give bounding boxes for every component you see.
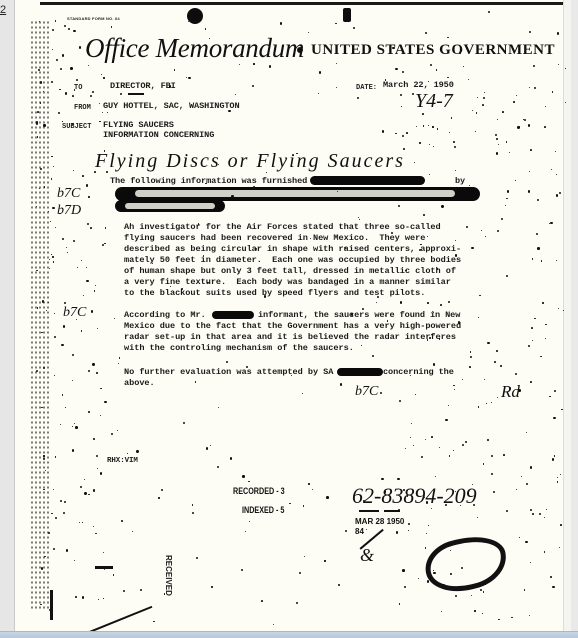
- scan-speck: [532, 258, 534, 260]
- scan-speck: [511, 617, 512, 618]
- scan-speck: [525, 541, 528, 544]
- ink-dot: [187, 8, 203, 24]
- scan-speck: [516, 95, 517, 96]
- scan-speck: [398, 205, 400, 207]
- scan-speck: [76, 79, 78, 81]
- to-underline: [128, 93, 144, 95]
- scan-speck: [164, 593, 165, 594]
- scan-speck: [429, 144, 430, 145]
- scan-speck: [304, 556, 305, 557]
- scan-speck: [73, 170, 74, 171]
- scan-speck: [60, 500, 62, 502]
- scan-speck: [483, 463, 485, 465]
- scan-speck: [532, 340, 534, 342]
- scan-speck: [483, 97, 485, 99]
- scan-speck: [405, 270, 407, 272]
- scan-speck: [488, 11, 490, 13]
- scan-noise-margin: [30, 20, 50, 610]
- scan-speck: [361, 345, 362, 346]
- scan-speck: [448, 405, 449, 406]
- top-rule: [40, 2, 571, 5]
- scan-speck: [401, 106, 402, 107]
- scan-speck: [498, 144, 499, 145]
- scan-speck: [515, 180, 516, 181]
- scan-speck: [81, 260, 82, 261]
- scan-speck: [503, 454, 505, 456]
- intro-by: by: [455, 176, 465, 186]
- scan-speck: [472, 484, 473, 485]
- scan-speck: [475, 131, 476, 132]
- scan-speck: [433, 146, 435, 148]
- scan-speck: [381, 478, 384, 481]
- subject-line-1: FLYING SAUCERS: [103, 120, 174, 130]
- scan-speck: [418, 578, 419, 579]
- scan-speck: [542, 302, 543, 303]
- scan-speck: [97, 468, 98, 469]
- scan-speck: [90, 227, 92, 229]
- scan-speck: [51, 513, 53, 515]
- scan-speck: [565, 68, 566, 69]
- scan-speck: [462, 379, 463, 380]
- scan-speck: [437, 268, 438, 269]
- scan-speck: [192, 512, 194, 514]
- scan-speck: [303, 505, 305, 507]
- scan-speck: [52, 256, 53, 257]
- scan-speck: [441, 205, 443, 207]
- scan-speck: [282, 236, 283, 237]
- scan-speck: [557, 481, 558, 482]
- scan-speck: [96, 372, 98, 374]
- scan-speck: [335, 23, 337, 25]
- scan-speck: [455, 240, 456, 241]
- scan-speck: [465, 441, 467, 443]
- handwritten-mark: &: [360, 545, 374, 566]
- scan-speck: [93, 489, 95, 491]
- scan-speck: [453, 141, 455, 143]
- scan-speck: [509, 387, 511, 389]
- handwritten-heading: Flying Discs or Flying Saucers: [95, 150, 405, 173]
- scan-speck: [63, 325, 66, 328]
- scan-speck: [75, 426, 78, 429]
- scan-speck: [425, 547, 426, 548]
- scan-speck: [55, 20, 57, 22]
- scan-speck: [206, 447, 208, 449]
- scan-speck: [466, 226, 468, 228]
- scan-speck: [528, 190, 530, 192]
- scan-speck: [64, 25, 66, 27]
- paragraph-1-line: flying saucers had been recovered in New…: [124, 233, 425, 243]
- scan-speck: [559, 192, 561, 194]
- scan-speck: [431, 436, 433, 438]
- scan-speck: [72, 354, 74, 356]
- scan-speck: [420, 244, 421, 245]
- scan-speck: [351, 313, 353, 315]
- scan-speck: [280, 22, 282, 24]
- scan-speck: [60, 68, 62, 70]
- paragraph-2-line: According to Mr.: [124, 310, 206, 320]
- scan-speck: [433, 363, 435, 365]
- scan-speck: [485, 236, 486, 237]
- scan-speck: [413, 445, 414, 446]
- scan-speck: [521, 476, 522, 477]
- scan-speck: [64, 302, 66, 304]
- scan-speck: [195, 381, 197, 383]
- paragraph-1-line: a very fine texture. Each body was banda…: [124, 277, 451, 287]
- scan-speck: [472, 110, 473, 111]
- scan-speck: [66, 549, 68, 551]
- scan-speck: [399, 603, 401, 605]
- scan-speck: [545, 106, 546, 107]
- scan-speck: [86, 267, 87, 268]
- scan-speck: [476, 112, 478, 114]
- scan-speck: [95, 533, 96, 534]
- scan-speck: [423, 214, 425, 216]
- scan-speck: [455, 595, 457, 597]
- scan-speck: [299, 572, 301, 574]
- scan-speck: [52, 49, 53, 50]
- scan-speck: [554, 390, 556, 392]
- scan-speck: [477, 97, 478, 98]
- scan-speck: [509, 152, 510, 153]
- scan-speck: [43, 91, 44, 92]
- scan-speck: [111, 26, 112, 27]
- scan-speck: [65, 407, 66, 408]
- scan-speck: [228, 110, 231, 113]
- scan-speck: [497, 397, 498, 398]
- scan-speck: [524, 589, 526, 591]
- scan-speck: [49, 609, 51, 611]
- scan-speck: [96, 455, 98, 457]
- scan-speck: [483, 591, 484, 592]
- scan-speck: [296, 602, 298, 604]
- scan-speck: [558, 64, 559, 65]
- scan-speck: [482, 104, 484, 106]
- scan-speck: [506, 141, 507, 142]
- scan-speck: [103, 77, 104, 78]
- margin-code: b7C: [355, 384, 378, 400]
- scan-speck: [493, 491, 495, 493]
- scan-speck: [99, 103, 101, 105]
- scan-speck: [37, 111, 39, 113]
- scan-speck: [231, 195, 234, 198]
- date-label: DATE:: [356, 84, 377, 92]
- scan-speck: [462, 444, 464, 446]
- scan-speck: [473, 504, 475, 506]
- scan-speck: [416, 126, 417, 127]
- scan-speck: [426, 501, 428, 503]
- scan-speck: [412, 93, 414, 95]
- paragraph-1-line: to the blackout suits used by speed flye…: [124, 288, 425, 298]
- redaction-bar: [115, 187, 480, 201]
- scan-speck: [245, 531, 246, 532]
- scan-speck: [51, 156, 53, 158]
- scan-speck: [484, 379, 485, 380]
- scan-speck: [448, 301, 450, 303]
- scan-speck: [470, 356, 472, 358]
- scan-speck: [458, 587, 459, 588]
- scan-speck: [481, 230, 482, 231]
- scan-speck: [87, 223, 89, 225]
- scan-speck: [430, 64, 432, 66]
- scan-speck: [44, 556, 45, 557]
- scan-speck: [105, 227, 107, 229]
- form-number: STANDARD FORM NO. 64: [67, 16, 120, 21]
- scan-speck: [102, 244, 104, 246]
- scan-speck: [395, 133, 396, 134]
- scan-speck: [468, 79, 469, 80]
- date-value: March 22, 1950: [383, 80, 454, 90]
- scan-speck: [181, 288, 183, 290]
- scan-speck: [551, 169, 552, 170]
- handwritten-initials: Rd: [501, 382, 520, 402]
- scan-speck: [82, 596, 84, 598]
- scan-speck: [255, 248, 257, 250]
- scan-speck: [261, 600, 263, 602]
- scan-speck: [83, 295, 84, 296]
- scan-speck: [484, 92, 485, 93]
- scan-speck: [470, 351, 471, 352]
- scan-speck: [211, 586, 212, 587]
- scan-speck: [400, 301, 402, 303]
- scan-speck: [479, 295, 480, 296]
- scan-speck: [497, 230, 499, 232]
- scan-speck: [427, 302, 429, 304]
- scan-speck: [114, 318, 115, 319]
- scan-speck: [441, 611, 442, 612]
- scan-speck: [102, 112, 103, 113]
- scan-speck: [407, 495, 408, 496]
- scan-speck: [52, 29, 54, 31]
- scan-speck: [170, 286, 171, 287]
- scan-speck: [534, 87, 536, 89]
- scan-speck: [445, 504, 447, 506]
- scan-speck: [64, 501, 66, 503]
- scan-speck: [428, 525, 429, 526]
- scan-speck: [94, 290, 96, 292]
- scan-speck: [372, 355, 374, 357]
- scan-speck: [358, 217, 359, 218]
- scan-speck: [55, 227, 56, 228]
- scan-speck: [41, 567, 44, 570]
- scan-speck: [440, 304, 442, 306]
- scan-speck: [66, 247, 67, 248]
- scan-speck: [477, 517, 478, 518]
- scan-speck: [65, 92, 67, 94]
- to-value: DIRECTOR, FBI: [110, 81, 176, 91]
- scan-speck: [426, 533, 427, 534]
- scan-speck: [198, 223, 199, 224]
- scan-speck: [183, 422, 185, 424]
- scan-speck: [552, 91, 554, 93]
- scan-speck: [529, 87, 531, 89]
- scan-speck: [36, 123, 38, 125]
- scan-speck: [192, 504, 193, 505]
- scan-speck: [428, 81, 429, 82]
- scan-speck: [382, 130, 384, 132]
- scan-speck: [103, 598, 104, 599]
- scan-speck: [72, 449, 74, 451]
- scan-speck: [453, 385, 454, 386]
- scan-speck: [249, 521, 251, 523]
- scan-speck: [501, 218, 503, 220]
- scan-speck: [374, 176, 375, 177]
- scan-speck: [129, 87, 130, 88]
- scan-speck: [478, 406, 479, 407]
- scan-speck: [88, 196, 89, 197]
- scan-speck: [62, 238, 64, 240]
- scan-speck: [491, 473, 493, 475]
- recorded-stamp: RECORDED - 3: [233, 486, 285, 496]
- scan-speck: [529, 171, 530, 172]
- scan-speck: [561, 409, 562, 410]
- scan-speck: [541, 260, 543, 262]
- scan-speck: [516, 489, 517, 490]
- scan-speck: [308, 483, 309, 484]
- scan-speck: [558, 308, 559, 309]
- scan-speck: [530, 381, 532, 383]
- scan-speck: [436, 69, 437, 70]
- scan-speck: [531, 327, 533, 329]
- scan-speck: [506, 510, 508, 512]
- scan-speck: [400, 94, 402, 96]
- scan-speck: [99, 121, 100, 122]
- scan-speck: [218, 164, 219, 165]
- scan-speck: [123, 590, 126, 593]
- scan-speck: [429, 174, 430, 175]
- scan-speck: [435, 476, 436, 477]
- scan-speck: [515, 373, 517, 375]
- scan-speck: [88, 65, 89, 66]
- scan-speck: [55, 517, 57, 519]
- scan-speck: [68, 28, 70, 30]
- typist-initials: RHX:VIM: [107, 457, 138, 465]
- scan-speck: [53, 548, 55, 550]
- scan-speck: [458, 189, 459, 190]
- scan-speck: [82, 175, 84, 177]
- scan-speck: [218, 407, 220, 409]
- ink-stroke: [87, 606, 152, 632]
- scan-speck: [419, 142, 420, 143]
- scan-speck: [552, 458, 555, 461]
- scan-speck: [51, 81, 53, 83]
- paragraph-1-line: described as being circular in shape wit…: [124, 244, 461, 254]
- scan-speck: [101, 74, 102, 75]
- scan-speck: [532, 513, 534, 515]
- scan-speck: [103, 552, 105, 554]
- scan-speck: [557, 32, 560, 35]
- scan-speck: [74, 560, 75, 561]
- scan-speck: [424, 497, 425, 498]
- margin-code: b7D: [57, 203, 81, 219]
- scan-speck: [530, 509, 532, 511]
- scan-speck: [73, 240, 75, 242]
- scan-speck: [252, 85, 254, 87]
- scan-speck: [81, 330, 82, 331]
- scan-speck: [560, 524, 562, 526]
- scan-speck: [336, 63, 337, 64]
- scan-speck: [257, 510, 258, 511]
- scan-speck: [530, 466, 533, 469]
- paragraph-2-line: with the controling mechanism of the sau…: [124, 343, 354, 353]
- title-bullet: [297, 47, 303, 53]
- scan-speck: [100, 472, 102, 474]
- from-value: GUY HOTTEL, SAC, WASHINGTON: [103, 101, 240, 111]
- scan-speck: [397, 478, 399, 480]
- scan-speck: [95, 285, 96, 286]
- scan-speck: [196, 557, 198, 559]
- scan-speck: [50, 221, 51, 222]
- scan-speck: [40, 102, 42, 104]
- scan-speck: [391, 232, 393, 234]
- scan-speck: [36, 370, 38, 372]
- scan-speck: [556, 260, 558, 262]
- scan-speck: [437, 128, 438, 129]
- scan-speck: [345, 530, 347, 532]
- scan-speck: [132, 531, 133, 532]
- scan-speck: [324, 560, 325, 561]
- scan-speck: [161, 489, 163, 491]
- page-number[interactable]: 2: [0, 4, 6, 16]
- scan-speck: [107, 112, 108, 113]
- memo-title: Office Memorandum: [85, 33, 304, 64]
- scan-speck: [72, 380, 73, 381]
- scan-speck: [408, 530, 409, 531]
- scan-speck: [529, 31, 531, 33]
- scan-speck: [52, 207, 54, 209]
- scan-speck: [425, 439, 426, 440]
- memo-page-scan: STANDARD FORM NO. 64 Office Memorandum U…: [15, 0, 571, 632]
- scan-speck: [471, 595, 472, 596]
- scan-speck: [79, 46, 81, 48]
- scan-speck: [497, 119, 498, 120]
- scan-speck: [73, 30, 75, 32]
- scan-speck: [560, 474, 561, 475]
- scan-speck: [72, 426, 73, 427]
- scan-speck: [433, 572, 435, 574]
- margin-bar: [50, 590, 53, 620]
- scan-speck: [226, 361, 228, 363]
- scan-speck: [54, 375, 55, 376]
- scan-speck: [402, 135, 404, 137]
- scan-speck: [119, 357, 121, 359]
- scan-speck: [408, 523, 410, 525]
- paragraph-2-line: Mexico due to the fact that the Governme…: [124, 321, 461, 331]
- scan-speck: [63, 512, 66, 515]
- redaction-bar: [212, 311, 254, 319]
- scan-speck: [447, 37, 448, 38]
- scan-speck: [319, 71, 321, 73]
- file-number: 62-83894-209: [352, 483, 477, 509]
- scan-speck: [398, 509, 400, 511]
- vertical-stamp: RECEIVED: [164, 555, 173, 596]
- paragraph-3-line: above.: [124, 378, 155, 388]
- scan-speck: [450, 550, 451, 551]
- scan-speck: [402, 569, 405, 572]
- scan-speck: [93, 526, 94, 527]
- scan-speck: [84, 492, 86, 494]
- scan-speck: [557, 477, 558, 478]
- scan-speck: [502, 111, 504, 113]
- scan-speck: [454, 389, 455, 390]
- scan-speck: [59, 89, 61, 91]
- scan-speck: [127, 453, 128, 454]
- scan-speck: [242, 475, 244, 477]
- scan-speck: [491, 402, 492, 403]
- scan-speck: [449, 455, 450, 456]
- scan-speck: [469, 185, 470, 186]
- scan-speck: [158, 497, 159, 498]
- paragraph-2-line: radar set-up in that area and it is beli…: [124, 332, 456, 342]
